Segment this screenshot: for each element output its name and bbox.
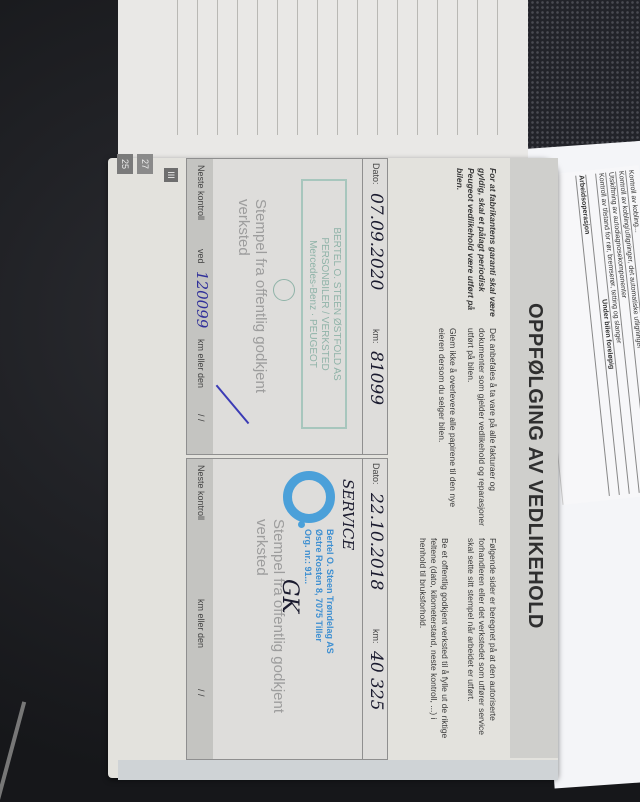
workshop-stamp: Bertel O. Steen Trøndelag AS Østre Roste… (302, 529, 335, 654)
page-number: 25 (117, 154, 133, 174)
next-km-handwritten: 120099 (193, 271, 211, 328)
ruled-lines (158, 0, 498, 135)
booklet-page-rotated: OPPFØLGING AV VEDLIKEHOLD Følgende sider… (108, 158, 558, 778)
section-tab-icon: III (164, 168, 178, 182)
km-handwritten: 40 325 (366, 651, 386, 710)
next-control-label: Neste kontroll (196, 165, 206, 220)
km-handwritten: 81099 (366, 351, 386, 405)
date-label: Dato: (371, 463, 381, 485)
date-label: Dato: (371, 163, 381, 185)
service-entry-2: Dato: 07.09.2020 km: 81099 BERTEL O. STE… (186, 158, 388, 455)
title-band: OPPFØLGING AV VEDLIKEHOLD (510, 158, 558, 758)
next-km-suffix: km eller den (196, 599, 206, 648)
date-row: Dato: 22.10.2018 km: 40 325 (362, 459, 387, 759)
service-logo-dot (298, 521, 305, 528)
next-control-band: Neste kontroll km eller den / / (187, 459, 213, 759)
next-km-suffix: km eller den (196, 339, 206, 388)
service-logo-ring (283, 471, 335, 523)
intro-middle-text-2: Glem ikke å overlevere alle papirene til… (436, 328, 458, 528)
warranty-note: For at fabrikantens garanti skal være gy… (454, 168, 498, 318)
next-control-label: Neste kontroll (196, 465, 206, 520)
service-note: SERVICE (339, 479, 357, 550)
service-entry-1: Dato: 22.10.2018 km: 40 325 SERVICE Bert… (186, 458, 388, 760)
stamp-placeholder: Stempel fra offentlig godkjent verksted (235, 199, 269, 419)
next-date: / / (196, 414, 206, 422)
date-handwritten: 22.10.2018 (366, 493, 386, 590)
next-prefix: ved (196, 249, 206, 264)
km-label: km: (371, 329, 381, 344)
stamp-placeholder: Stempel fra offentlig godkjent verksted (253, 519, 287, 719)
page-number: 27 (137, 154, 153, 174)
page-title: OPPFØLGING AV VEDLIKEHOLD (523, 303, 546, 629)
signature: GK (277, 579, 302, 613)
intro-middle-text: Det anbefales å ta vare på alle fakturae… (465, 328, 498, 528)
next-date: / / (196, 689, 206, 697)
date-row: Dato: 07.09.2020 km: 81099 (362, 159, 387, 454)
mercedes-logo-icon (273, 279, 295, 301)
next-control-band: Neste kontroll ved 120099 km eller den /… (187, 159, 213, 454)
km-label: km: (371, 629, 381, 644)
booklet-page-edge (118, 760, 558, 780)
intro-left-text: Følgende sider er beregnet på at den aut… (465, 538, 498, 748)
lined-notes-page (118, 0, 528, 160)
intro-left-text-2: Be et offentlig godkjent verksted til å … (417, 538, 450, 748)
dealer-stamp: BERTEL O. STEEN ØSTFOLD AS PERSONBILER /… (301, 179, 347, 429)
service-booklet: OPPFØLGING AV VEDLIKEHOLD Følgende sider… (108, 158, 558, 778)
date-handwritten: 07.09.2020 (366, 193, 386, 290)
